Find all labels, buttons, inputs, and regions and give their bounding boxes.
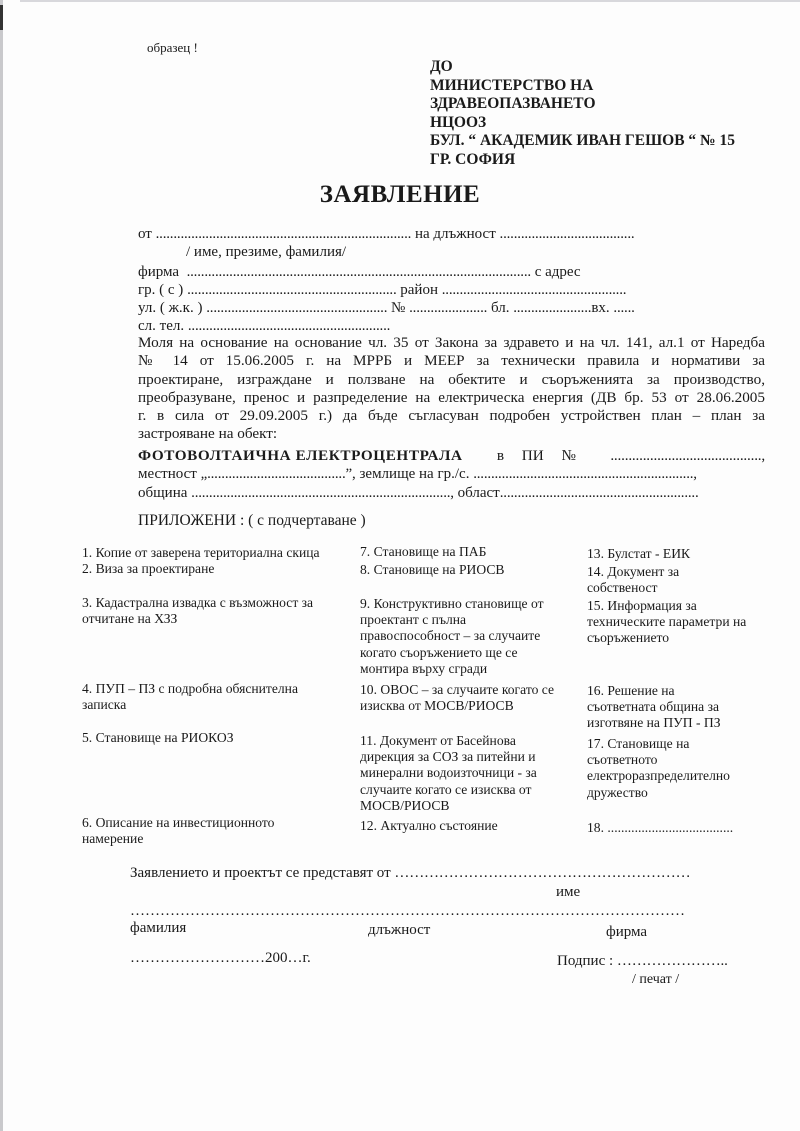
district-label: район <box>400 282 438 298</box>
number-field[interactable]: ...................... <box>409 300 487 316</box>
date-field[interactable]: ………………………200…г. <box>130 950 311 967</box>
attachment-item[interactable]: 5. Становище на РИОКОЗ <box>82 730 234 746</box>
attachment-item-line: 8. Становище на РИОСВ <box>360 562 505 578</box>
locality-label: местност <box>138 466 197 482</box>
request-line: проектиране, изграждане и ползване на об… <box>138 371 765 389</box>
recipient-line: МИНИСТЕРСТВО НА <box>430 77 735 96</box>
object-name: ФОТОВОЛТАИЧНА ЕЛЕКТРОЦЕНТРАЛА <box>138 446 463 465</box>
attachment-item[interactable]: 15. Информация затехническите параметри … <box>587 598 746 647</box>
attachment-item-line: правоспособност – за случаите <box>360 628 544 644</box>
surname-hint: фамилия <box>130 920 186 937</box>
street-label: ул. ( ж.к. ) <box>138 300 202 316</box>
attachment-item[interactable]: 9. Конструктивно становище отпроектант с… <box>360 596 544 677</box>
page-edge <box>0 0 3 1131</box>
attachment-item-line: записка <box>82 697 298 713</box>
attachment-item-line: дирекция за СОЗ за питейни и <box>360 749 537 765</box>
recipient-line: ЗДРАВЕОПАЗВАНЕТО <box>430 95 735 114</box>
attachment-item-line: 4. ПУП – ПЗ с подробна обяснителна <box>82 681 298 697</box>
street-field[interactable]: ........................................… <box>206 300 387 316</box>
attachment-item-line: МОСВ/РИОСВ <box>360 798 537 814</box>
land-field[interactable]: ........................................… <box>473 466 697 482</box>
attachment-item-line: 15. Информация за <box>587 598 746 614</box>
attachment-item-line: 2. Виза за проектиране <box>82 561 214 577</box>
attachment-item-line: монтира върху сгради <box>360 661 544 677</box>
attachment-item-line: изисква от МОСВ/РИОСВ <box>360 698 554 714</box>
signature-row: Подпис : ………………….. <box>557 953 728 970</box>
attachment-item-line: 11. Документ от Басейнова <box>360 733 537 749</box>
name-hint: име <box>556 884 580 901</box>
address-label: с адрес <box>535 264 581 280</box>
city-field[interactable]: ........................................… <box>187 282 396 298</box>
region-label: област <box>458 485 500 501</box>
recipient-line: БУЛ. “ АКАДЕМИК ИВАН ГЕШОВ “ № 15 <box>430 132 735 151</box>
position-hint: длъжност <box>368 922 430 939</box>
pi-field[interactable]: ........................................… <box>610 446 765 465</box>
position-field[interactable]: ...................................... <box>500 226 635 242</box>
attachment-item-line: 17. Становище на <box>587 736 730 752</box>
entrance-field[interactable]: ...... <box>613 300 634 316</box>
attachment-item-line: 18. ....................................… <box>587 820 733 836</box>
attachment-item[interactable]: 3. Кадастрална извадка с възможност заот… <box>82 595 313 627</box>
region-field[interactable]: ........................................… <box>500 485 699 501</box>
attachment-item-line: когато съоръжението ще се <box>360 645 544 661</box>
presented-by-field[interactable]: …………………………………………………… <box>394 865 690 881</box>
attachment-item-line: 6. Описание на инвестиционното <box>82 815 274 831</box>
attachment-item-line: 16. Решение на <box>587 683 721 699</box>
from-label: от <box>138 226 152 242</box>
city-label: гр. ( с ) <box>138 282 183 298</box>
company-field[interactable]: ........................................… <box>187 264 531 280</box>
attachment-item-line: 7. Становище на ПАБ <box>360 544 486 560</box>
request-line: застрояване на обект: <box>138 425 765 443</box>
attachments-title: ПРИЛОЖЕНИ : ( с подчертаване ) <box>138 512 366 530</box>
attachment-item[interactable]: 12. Актуално състояние <box>360 818 498 834</box>
attachment-item[interactable]: 7. Становище на ПАБ <box>360 544 486 560</box>
recipient-line: НЦООЗ <box>430 114 735 133</box>
attachment-item-line: 12. Актуално състояние <box>360 818 498 834</box>
from-row: от .....................................… <box>138 225 634 244</box>
presented-by-row: Заявлението и проектът се представят от … <box>130 865 690 882</box>
attachment-item[interactable]: 11. Документ от Басейновадирекция за СОЗ… <box>360 733 537 814</box>
attachment-item-line: 5. Становище на РИОКОЗ <box>82 730 234 746</box>
street-row: ул. ( ж.к. ) ...........................… <box>138 299 635 318</box>
block-field[interactable]: ...................... <box>513 300 591 316</box>
phone-label: сл. тел. <box>138 318 184 334</box>
land-label: , землище на гр./с. <box>352 466 469 482</box>
attachment-item-line: собственост <box>587 580 679 596</box>
company-row: фирма ..................................… <box>138 263 581 282</box>
attachment-item-line: случаите когато се изисква от <box>360 782 537 798</box>
district-field[interactable]: ........................................… <box>442 282 627 298</box>
stamp-hint: / печат / <box>632 972 679 988</box>
pi-label: в ПИ № <box>497 446 576 465</box>
attachment-item-line: отчитане на ХЗЗ <box>82 611 313 627</box>
block-label: бл. <box>491 300 510 316</box>
signature-label: Подпис : <box>557 953 613 969</box>
attachment-item[interactable]: 18. ....................................… <box>587 820 733 836</box>
long-field[interactable]: ………………………………………………………………………………………………… <box>130 903 685 920</box>
attachment-item[interactable]: 16. Решение насъответната община заизгот… <box>587 683 721 732</box>
number-label: № <box>391 300 405 316</box>
attachment-item[interactable]: 1. Копие от заверена териториална скица <box>82 545 320 561</box>
attachment-item-line: техническите параметри на <box>587 614 746 630</box>
locality-row: местност „..............................… <box>138 465 697 484</box>
attachment-item-line: 14. Документ за <box>587 564 679 580</box>
position-label: на длъжност <box>415 226 496 242</box>
document-title: ЗАЯВЛЕНИЕ <box>0 181 800 209</box>
attachment-item-line: 9. Конструктивно становище от <box>360 596 544 612</box>
attachment-item-line: съоръжението <box>587 630 746 646</box>
municipality-row: община .................................… <box>138 484 699 503</box>
attachment-item-line: изготвяне на ПУП - ПЗ <box>587 715 721 731</box>
recipient-block: ДО МИНИСТЕРСТВО НА ЗДРАВЕОПАЗВАНЕТО НЦОО… <box>430 58 735 169</box>
attachment-item[interactable]: 10. ОВОС – за случаите когато сеизисква … <box>360 682 554 714</box>
request-paragraph: Моля на основание на основание чл. 35 от… <box>138 334 765 444</box>
request-line: преобразуване, пренос и разпределение на… <box>138 389 765 407</box>
recipient-line: ДО <box>430 58 735 77</box>
scan-edge-mark <box>0 5 3 30</box>
attachment-item-line: 13. Булстат - ЕИК <box>587 546 690 562</box>
municipality-field[interactable]: ........................................… <box>191 485 454 501</box>
attachment-item-line: 10. ОВОС – за случаите когато се <box>360 682 554 698</box>
from-field[interactable]: ........................................… <box>156 226 412 242</box>
attachment-item[interactable]: 2. Виза за проектиране <box>82 561 214 577</box>
sample-note: образец ! <box>147 40 198 56</box>
recipient-line: ГР. СОФИЯ <box>430 151 735 170</box>
attachment-item[interactable]: 17. Становище насъответнотоелектроразпре… <box>587 736 730 801</box>
attachment-item-line: 1. Копие от заверена териториална скица <box>82 545 320 561</box>
entrance-label: вх. <box>591 300 609 316</box>
presented-by-label: Заявлението и проектът се представят от <box>130 865 391 881</box>
attachment-item-line: съответното <box>587 752 730 768</box>
company-label: фирма <box>138 264 179 280</box>
municipality-label: община <box>138 485 187 501</box>
attachment-item[interactable]: 8. Становище на РИОСВ <box>360 562 505 578</box>
attachment-item[interactable]: 6. Описание на инвестиционнотонамерение <box>82 815 274 847</box>
request-line: Моля на основание на основание чл. 35 от… <box>138 334 765 352</box>
attachment-item-line: дружество <box>587 785 730 801</box>
attachment-item[interactable]: 14. Документ засобственост <box>587 564 679 596</box>
page-edge-top <box>20 0 800 2</box>
company-hint: фирма <box>606 924 647 941</box>
name-hint: / име, презиме, фамилия/ <box>186 243 346 262</box>
object-row: ФОТОВОЛТАИЧНА ЕЛЕКТРОЦЕНТРАЛА в ПИ № ...… <box>138 446 765 465</box>
attachment-item-line: електроразпределително <box>587 768 730 784</box>
attachment-item-line: съответната община за <box>587 699 721 715</box>
locality-field[interactable]: „.......................................… <box>201 466 352 482</box>
attachment-item[interactable]: 4. ПУП – ПЗ с подробна обяснителназаписк… <box>82 681 298 713</box>
signature-field[interactable]: ………………….. <box>617 953 728 969</box>
attachment-item-line: намерение <box>82 831 274 847</box>
attachment-item-line: минерални водоизточници - за <box>360 765 537 781</box>
attachment-item-line: проектант с пълна <box>360 612 544 628</box>
phone-field[interactable]: ........................................… <box>188 318 390 334</box>
request-line: г. в сила от 29.09.2005 г.) да бъде съгл… <box>138 407 765 425</box>
city-row: гр. ( с ) ..............................… <box>138 281 626 300</box>
attachment-item[interactable]: 13. Булстат - ЕИК <box>587 546 690 562</box>
attachment-item-line: 3. Кадастрална извадка с възможност за <box>82 595 313 611</box>
request-line: № 14 от 15.06.2005 г. на МРРБ и МЕЕР за … <box>138 352 765 370</box>
